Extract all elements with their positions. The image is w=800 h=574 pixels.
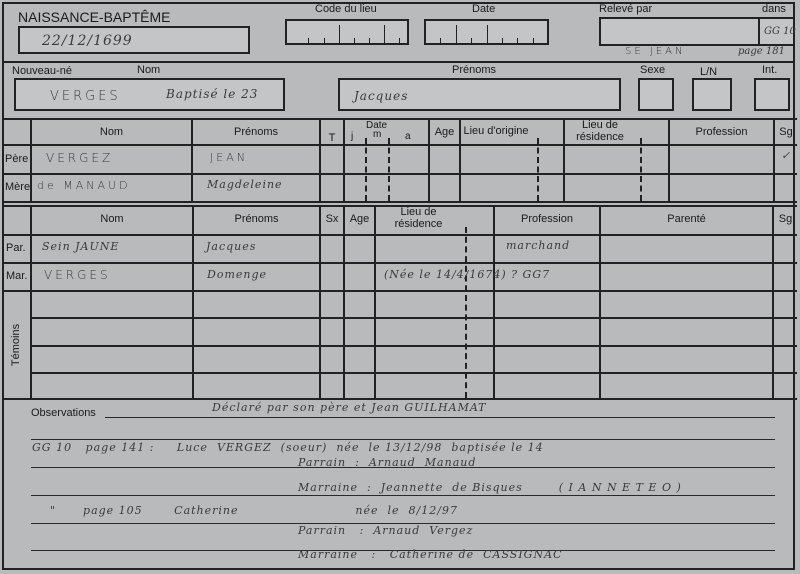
tick-mark [502, 38, 503, 43]
ln-label: L/N [700, 66, 717, 78]
col-prenoms: Prénoms [194, 206, 319, 232]
divider [319, 205, 321, 400]
mere-nom[interactable]: de MANAUD [37, 179, 131, 192]
observation-line [105, 417, 775, 418]
col-sx: Sx [321, 206, 343, 232]
newborn-nom-value: VERGES [50, 89, 121, 104]
col-lieu-residence: Lieu de résidence [565, 119, 635, 143]
divider [772, 205, 774, 400]
divider [2, 201, 797, 203]
divider [30, 205, 32, 400]
origine-dash [537, 138, 539, 201]
col-t: T [321, 126, 343, 150]
divider [2, 173, 797, 175]
row-label-parrain: Par. [6, 242, 26, 254]
annotation-place: SE JEAN [625, 46, 685, 57]
observations-label: Observations [31, 407, 96, 419]
col-age: Age [345, 206, 374, 232]
mere-prenoms[interactable]: Magdeleine [207, 178, 283, 191]
divider [493, 205, 495, 400]
divider [30, 372, 797, 374]
date-dash [388, 138, 390, 201]
marraine-prenoms[interactable]: Domenge [207, 268, 267, 281]
tick-mark [339, 25, 340, 43]
tick-mark [533, 38, 534, 43]
tick-mark [308, 38, 309, 43]
divider [2, 234, 797, 236]
sexe-label: Sexe [640, 64, 665, 76]
parrain-profession[interactable]: marchand [506, 239, 570, 252]
observation-text-6[interactable]: " page 105 Catherine née le 8/12/97 [50, 504, 458, 517]
code-du-lieu-field[interactable] [285, 19, 409, 45]
pere-prenoms[interactable]: JEAN [210, 151, 248, 164]
col-sg: Sg [775, 120, 797, 144]
parrain-nom[interactable]: Sein JAUNE [42, 240, 119, 253]
col-profession: Profession [495, 206, 599, 232]
observation-line [31, 439, 775, 440]
sexe-field[interactable] [638, 78, 674, 111]
col-lieu-origine: Lieu d'origine [461, 119, 531, 143]
nouveau-ne-label: Nouveau-né [12, 65, 72, 77]
nom-label: Nom [137, 64, 160, 76]
observation-text-8[interactable]: Marraine : Catherine de CASSIGNAC [298, 548, 562, 561]
tick-mark [456, 25, 457, 43]
observation-text-7[interactable]: Parrain : Arnaud Vergez [298, 524, 473, 537]
event-date-field[interactable]: 22/12/1699 [18, 26, 250, 54]
divider [192, 205, 194, 400]
col-sg: Sg [774, 206, 797, 232]
col-nom: Nom [32, 206, 192, 232]
observation-text-1[interactable]: Déclaré par son père et Jean GUILHAMAT [212, 401, 487, 414]
tick-mark [324, 38, 325, 43]
code-du-lieu-label: Code du lieu [315, 3, 377, 15]
newborn-nom-field[interactable]: VERGES Baptisé le 23 [14, 78, 285, 111]
ln-field[interactable] [692, 78, 732, 111]
releve-par-field[interactable] [599, 17, 760, 46]
observation-line [31, 495, 775, 496]
pere-nom[interactable]: VERGEZ [46, 151, 113, 165]
date-field[interactable] [424, 19, 549, 45]
col-profession: Profession [670, 120, 773, 144]
col-lieu-residence: Lieu de résidence [376, 205, 461, 231]
tick-mark [399, 38, 400, 43]
dans-field[interactable]: GG 10 [758, 17, 795, 46]
newborn-prenoms-field[interactable]: Jacques [338, 78, 621, 111]
date-dash [365, 138, 367, 201]
releve-par-label: Relevé par [599, 3, 652, 15]
tick-mark [471, 38, 472, 43]
row-label-pere: Père [5, 153, 28, 165]
divider [2, 262, 797, 264]
pere-signature-mark[interactable]: ✓ [781, 149, 791, 162]
tick-mark [517, 38, 518, 43]
divider [374, 205, 376, 400]
divider [2, 290, 797, 292]
int-field[interactable] [754, 78, 790, 111]
marraine-lieu-residence[interactable]: (Née le 14/4/1674) ? GG7 [384, 268, 550, 281]
observation-text-3[interactable]: GG 10 page 141 : Luce VERGEZ (soeur) née… [32, 441, 544, 454]
tick-mark [440, 38, 441, 43]
sponsors-table: Nom Prénoms Sx Age Lieu de résidence Pro… [2, 205, 797, 400]
tick-mark [384, 25, 385, 43]
temoins-section: Témoins [2, 292, 30, 398]
divider [599, 205, 601, 400]
form-title: NAISSANCE-BAPTÊME [18, 9, 170, 25]
col-nom: Nom [32, 120, 191, 144]
row-label-mere: Mère [5, 181, 30, 193]
newborn-prenoms-value: Jacques [354, 89, 408, 103]
temoins-label: Témoins [10, 324, 22, 366]
col-parente: Parenté [601, 206, 772, 232]
tick-mark [487, 25, 488, 43]
prenoms-label: Prénoms [452, 64, 496, 76]
col-age: Age [430, 120, 459, 144]
tick-mark [369, 38, 370, 43]
int-label: Int. [762, 64, 777, 76]
observation-text-5[interactable]: Marraine : Jeannette de Bisques ( I A N … [298, 481, 682, 494]
col-m: m [373, 129, 381, 140]
divider [30, 317, 797, 319]
tick-mark [354, 38, 355, 43]
marraine-nom[interactable]: VERGES [44, 268, 111, 282]
col-prenoms: Prénoms [193, 120, 319, 144]
divider [343, 205, 345, 400]
col-a: a [405, 131, 411, 142]
parents-table: Nom Prénoms T Date j m a Age Lieu d'orig… [2, 118, 797, 203]
observations-section: Observations Déclaré par son père et Jea… [2, 400, 797, 572]
row-label-marraine: Mar. [6, 270, 27, 282]
observation-text-4[interactable]: Parrain : Arnaud Manaud [298, 456, 476, 469]
parrain-prenoms[interactable]: Jacques [206, 240, 256, 253]
divider [2, 144, 797, 146]
divider [343, 118, 345, 203]
divider [30, 345, 797, 347]
newborn-nom-note: Baptisé le 23 [166, 87, 258, 101]
dans-value: GG 10 [764, 26, 796, 37]
date-label: Date [472, 3, 495, 15]
col-j: j [351, 131, 353, 142]
dans-label: dans [762, 3, 786, 15]
annotation-page: page 181 [738, 46, 785, 57]
residence-dash [640, 138, 642, 201]
event-date-value: 22/12/1699 [42, 33, 133, 49]
residence-dash [465, 227, 467, 398]
divider [2, 61, 795, 63]
